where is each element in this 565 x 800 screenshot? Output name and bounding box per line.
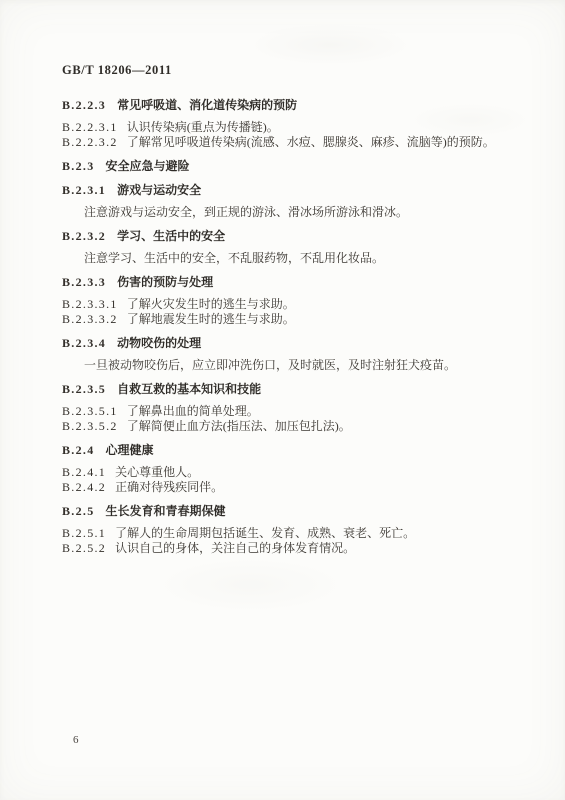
clause-paragraph: 一旦被动物咬伤后，应立即冲洗伤口，及时就医，及时注射狂犬疫苗。 bbox=[62, 358, 527, 373]
clause-text: 一旦被动物咬伤后，应立即冲洗伤口，及时就医，及时注射狂犬疫苗。 bbox=[84, 358, 456, 372]
clause-number: B.2.5.2 bbox=[62, 541, 106, 556]
clause-item: B.2.5.1了解人的生命周期包括诞生、发育、成熟、衰老、死亡。 bbox=[62, 526, 527, 541]
clause-text: 关心尊重他人。 bbox=[115, 465, 199, 479]
clause-number: B.2.3.1 bbox=[62, 183, 106, 198]
clause-item: B.2.4.1关心尊重他人。 bbox=[62, 465, 527, 480]
clause-item: B.2.5.2认识自己的身体，关注自己的身体发育情况。 bbox=[62, 541, 527, 556]
clause-number: B.2.3.3.1 bbox=[62, 297, 118, 312]
clause-number: B.2.5 bbox=[62, 504, 95, 519]
clause-item: B.2.3.3.1了解火灾发生时的逃生与求助。 bbox=[62, 297, 527, 312]
clause-number: B.2.4.2 bbox=[62, 480, 106, 495]
clause-number: B.2.2.3.2 bbox=[62, 135, 118, 150]
clause-number: B.2.3.5 bbox=[62, 382, 106, 397]
clause-text: 了解简便止血方法(指压法、加压包扎法)。 bbox=[127, 419, 351, 433]
clause-text: 了解火灾发生时的逃生与求助。 bbox=[127, 297, 295, 311]
clause-text: 学习、生活中的安全 bbox=[117, 229, 225, 243]
clause-item: B.2.3.3.2了解地震发生时的逃生与求助。 bbox=[62, 312, 527, 327]
clause-heading: B.2.3.1游戏与运动安全 bbox=[62, 183, 527, 198]
clause-text: 认识传染病(重点为传播链)。 bbox=[127, 120, 279, 134]
clause-heading: B.2.4心理健康 bbox=[62, 443, 527, 458]
clause-number: B.2.3.5.2 bbox=[62, 419, 118, 434]
clause-text: 了解人的生命周期包括诞生、发育、成熟、衰老、死亡。 bbox=[115, 526, 415, 540]
page-number: 6 bbox=[73, 734, 79, 746]
clause-item: B.2.4.2正确对待残疾同伴。 bbox=[62, 480, 527, 495]
clause-number: B.2.3 bbox=[62, 159, 95, 174]
standard-number-header: GB/T 18206—2011 bbox=[62, 63, 172, 78]
clause-number: B.2.5.1 bbox=[62, 526, 106, 541]
clause-text: 常见呼吸道、消化道传染病的预防 bbox=[117, 98, 297, 112]
clause-heading: B.2.3.3伤害的预防与处理 bbox=[62, 275, 527, 290]
clause-heading: B.2.3安全应急与避险 bbox=[62, 159, 527, 174]
clause-number: B.2.3.3 bbox=[62, 275, 106, 290]
clause-text: 正确对待残疾同伴。 bbox=[115, 480, 223, 494]
clause-text: 注意学习、生活中的安全，不乱服药物，不乱用化妆品。 bbox=[84, 251, 384, 265]
clause-number: B.2.3.2 bbox=[62, 229, 106, 244]
clause-item: B.2.2.3.1认识传染病(重点为传播链)。 bbox=[62, 120, 527, 135]
clause-number: B.2.2.3 bbox=[62, 98, 106, 113]
clause-paragraph: 注意学习、生活中的安全，不乱服药物，不乱用化妆品。 bbox=[62, 251, 527, 266]
clause-number: B.2.4 bbox=[62, 443, 95, 458]
clause-text: 动物咬伤的处理 bbox=[117, 336, 201, 350]
clause-item: B.2.2.3.2了解常见呼吸道传染病(流感、水痘、腮腺炎、麻疹、流脑等)的预防… bbox=[62, 135, 527, 150]
clause-text: 伤害的预防与处理 bbox=[117, 275, 213, 289]
clause-number: B.2.3.3.2 bbox=[62, 312, 118, 327]
clause-item: B.2.3.5.2了解简便止血方法(指压法、加压包扎法)。 bbox=[62, 419, 527, 434]
clause-text: 安全应急与避险 bbox=[106, 159, 190, 173]
clause-text: 自救互救的基本知识和技能 bbox=[117, 382, 261, 396]
clause-text: 认识自己的身体，关注自己的身体发育情况。 bbox=[115, 541, 355, 555]
clause-heading: B.2.3.2学习、生活中的安全 bbox=[62, 229, 527, 244]
clause-text: 心理健康 bbox=[106, 443, 154, 457]
clause-number: B.2.3.5.1 bbox=[62, 404, 118, 419]
clause-heading: B.2.3.5自救互救的基本知识和技能 bbox=[62, 382, 527, 397]
clause-text: 了解常见呼吸道传染病(流感、水痘、腮腺炎、麻疹、流脑等)的预防。 bbox=[127, 135, 495, 149]
document-body: B.2.2.3常见呼吸道、消化道传染病的预防B.2.2.3.1认识传染病(重点为… bbox=[62, 89, 527, 556]
clause-number: B.2.4.1 bbox=[62, 465, 106, 480]
clause-number: B.2.2.3.1 bbox=[62, 120, 118, 135]
clause-text: 了解鼻出血的简单处理。 bbox=[127, 404, 259, 418]
clause-text: 了解地震发生时的逃生与求助。 bbox=[127, 312, 295, 326]
clause-item: B.2.3.5.1了解鼻出血的简单处理。 bbox=[62, 404, 527, 419]
clause-text: 游戏与运动安全 bbox=[117, 183, 201, 197]
clause-heading: B.2.3.4动物咬伤的处理 bbox=[62, 336, 527, 351]
clause-heading: B.2.5生长发育和青春期保健 bbox=[62, 504, 527, 519]
clause-number: B.2.3.4 bbox=[62, 336, 106, 351]
document-page: GB/T 18206—2011 B.2.2.3常见呼吸道、消化道传染病的预防B.… bbox=[0, 0, 565, 800]
clause-text: 注意游戏与运动安全，到正规的游泳、滑冰场所游泳和滑冰。 bbox=[84, 205, 408, 219]
clause-paragraph: 注意游戏与运动安全，到正规的游泳、滑冰场所游泳和滑冰。 bbox=[62, 205, 527, 220]
clause-text: 生长发育和青春期保健 bbox=[106, 504, 226, 518]
clause-heading: B.2.2.3常见呼吸道、消化道传染病的预防 bbox=[62, 98, 527, 113]
